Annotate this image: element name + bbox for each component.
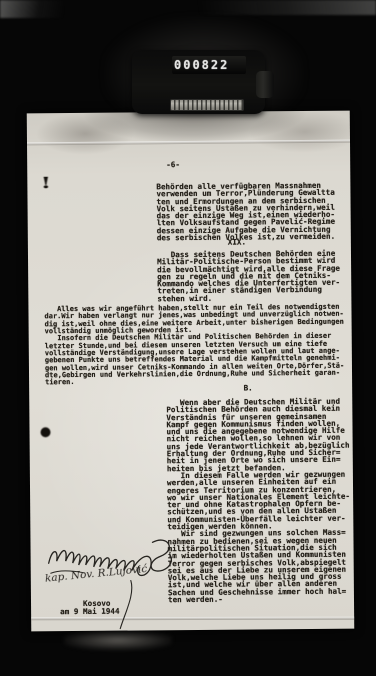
document-page: -6- ! Behörden alle verfügbaren Massnahm…: [27, 111, 355, 632]
microfilm-frame: -6- ! Behörden alle verfügbaren Massnahm…: [0, 0, 376, 676]
section-heading-xix: XIX.: [208, 238, 266, 246]
counter-digits: 000822: [172, 56, 246, 74]
paragraph-intro: Behörden alle verfügbaren Massnahmen ver…: [156, 182, 335, 242]
paper-crease-top: [27, 140, 350, 146]
film-glare-top-left: [0, 0, 64, 18]
paragraph-xix: Dass seitens Deutschen Behörden eine Mil…: [157, 250, 340, 303]
signature-block: kap. Nov. R.Lujović: [40, 520, 191, 636]
dateline-date: am 9 Mai 1944: [60, 608, 119, 616]
counter-knob: [256, 71, 274, 98]
paragraph-section-b: Wenn aber die Deutschen Militär und Poli…: [166, 398, 351, 604]
counter-label-plate: [170, 99, 244, 111]
page-number: -6-: [166, 161, 180, 168]
paragraph-summary: Alles was wir angeführt haben,stellt nur…: [44, 304, 344, 387]
film-glare-top-right: [198, 0, 376, 15]
ink-dot: [40, 427, 50, 437]
ink-blot-mark: !: [41, 173, 52, 192]
section-heading-b: B.: [219, 384, 277, 392]
